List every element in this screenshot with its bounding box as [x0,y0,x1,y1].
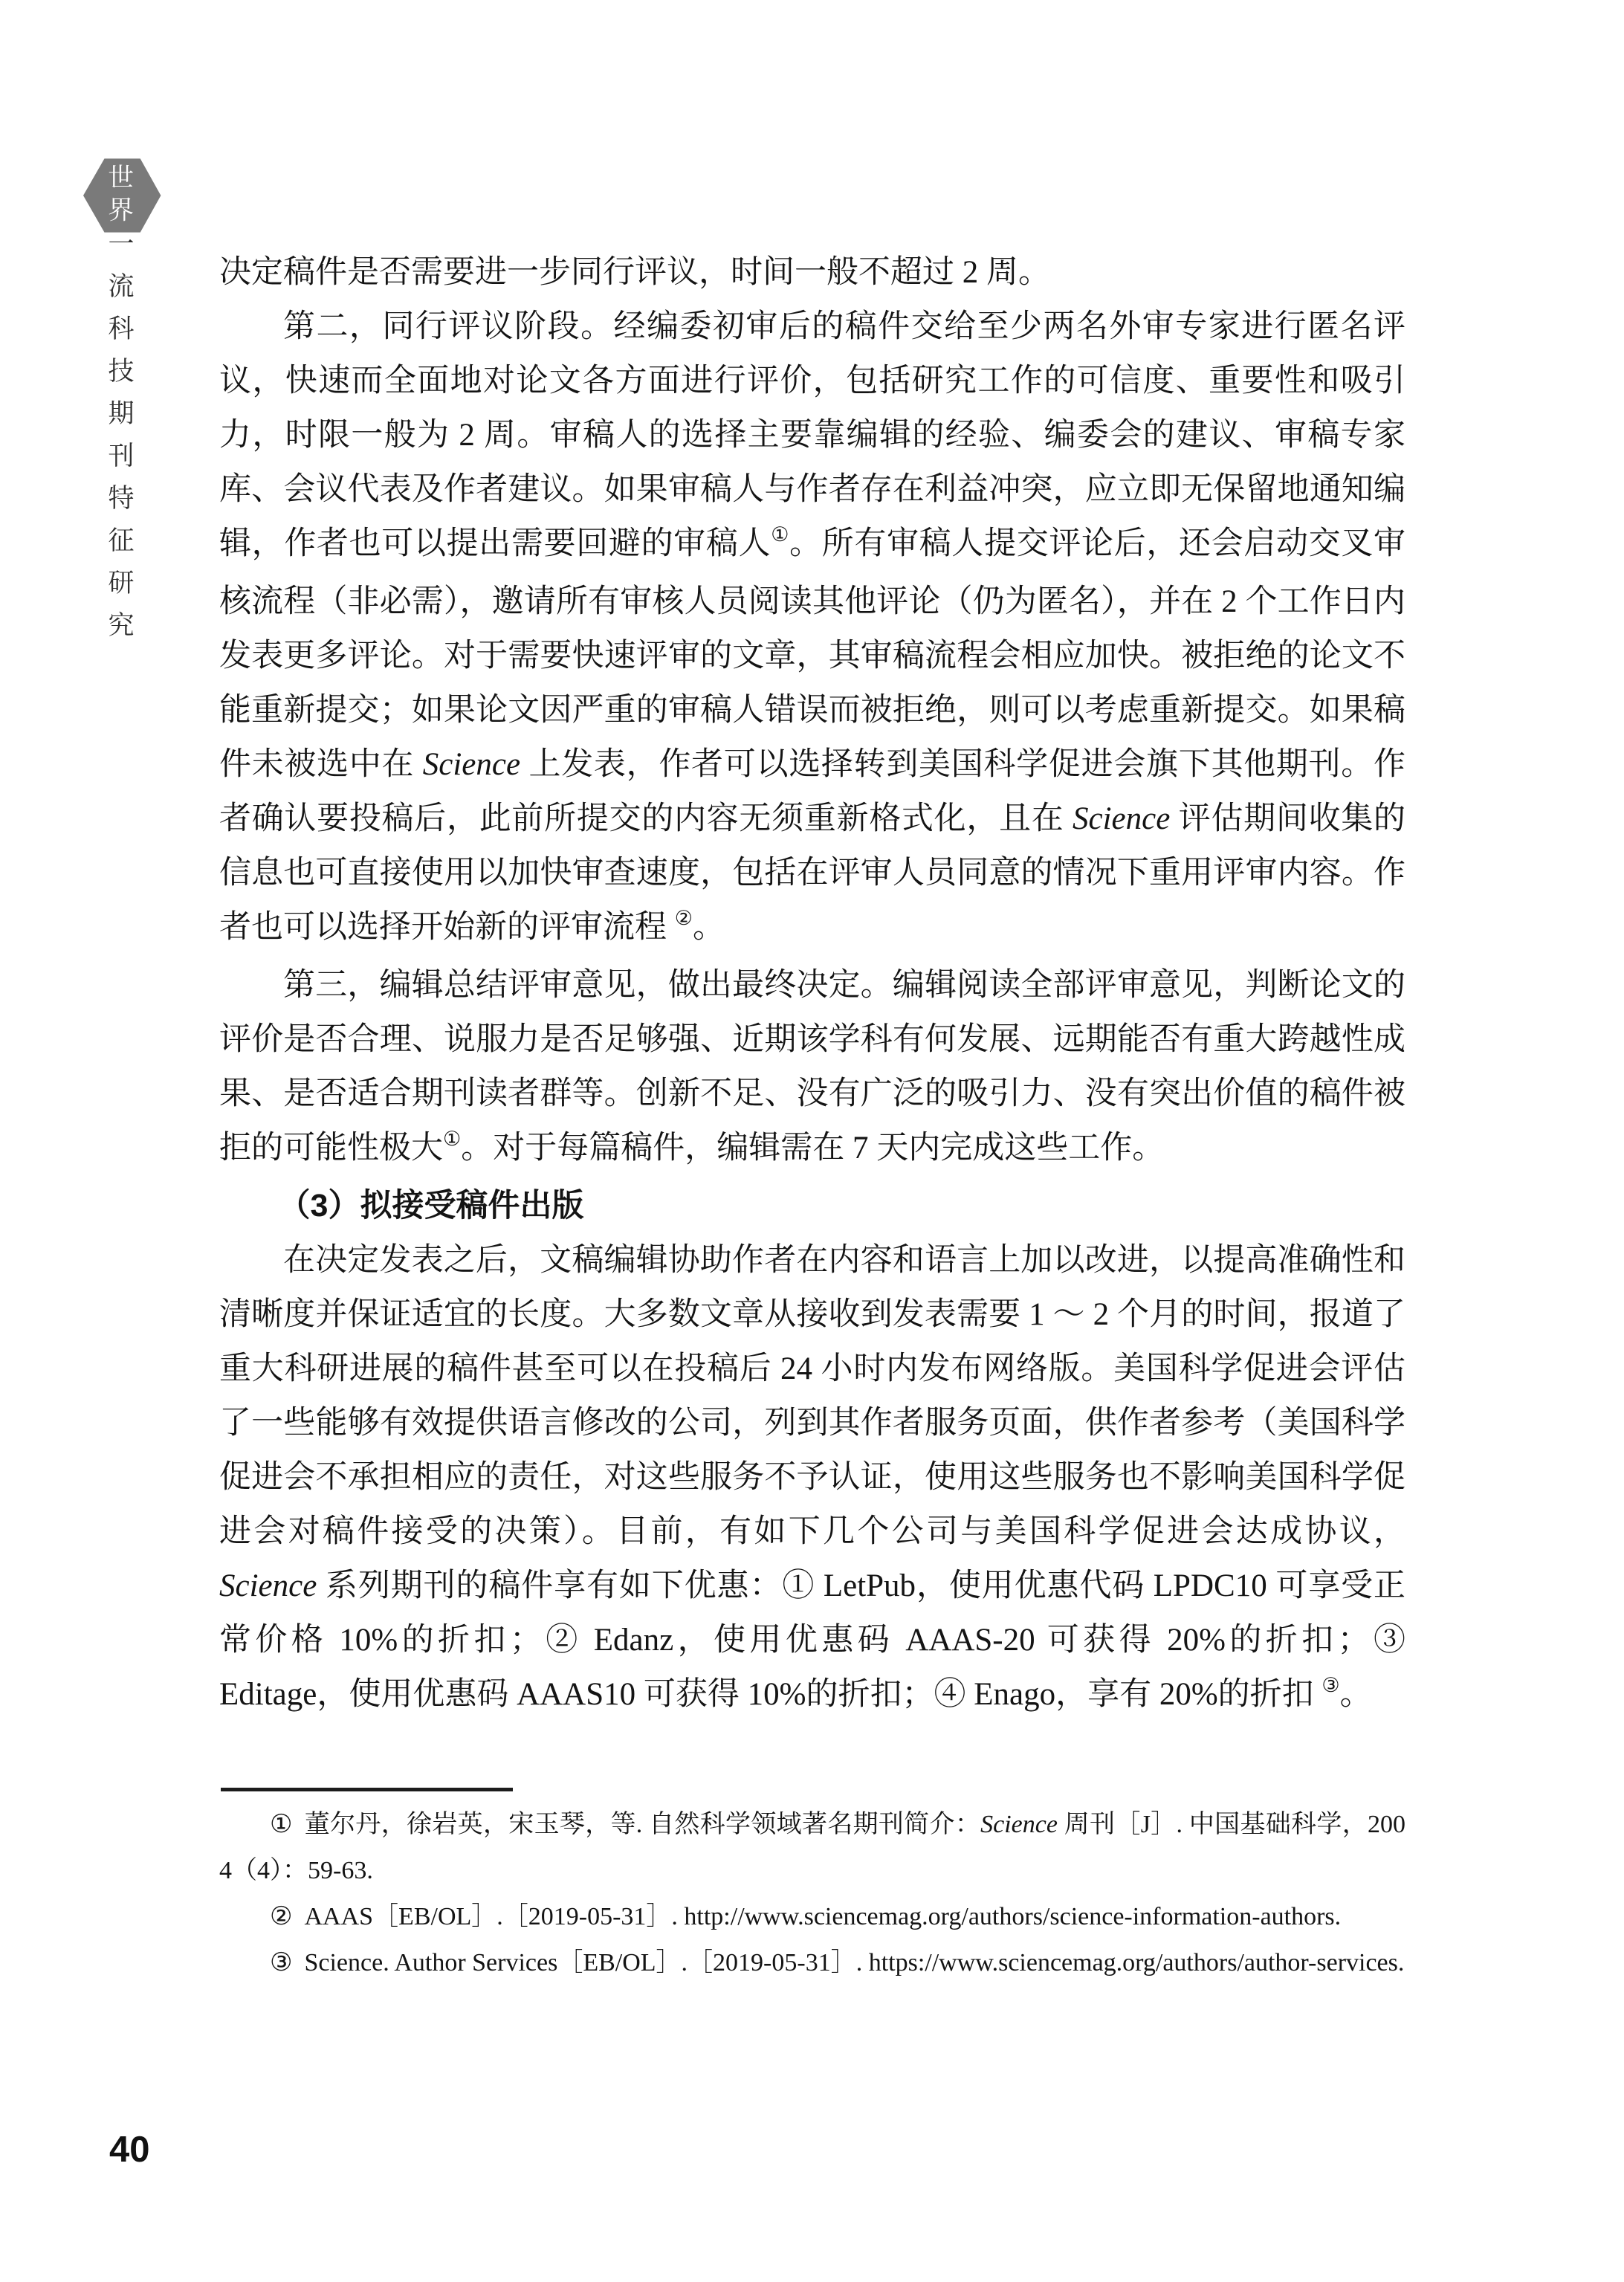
page-number: 40 [109,2130,150,2169]
badge-char-bottom: 界 [108,196,134,225]
series-title-vertical: 一 流 科 技 期 刊 特 征 研 究 [105,223,138,647]
para2-text-e: 。 [693,910,725,945]
paragraph-peer-review-stage: 第二，同行评议阶段。经编委初审后的稿件交给至少两名外审专家进行匿名评议，快速而全… [219,300,1405,958]
footnote-ref-3: ③ [1321,1674,1339,1696]
para1-text: 决定稿件是否需要进一步同行评议，时间一般不超过 2 周。 [219,255,1050,290]
series-char: 究 [108,604,134,647]
para2-text-b: 。所有审稿人提交评论后，还会启动交叉审核流程（非必需），邀请所有审核人员阅读其他… [219,526,1405,782]
series-char: 科 [108,308,134,350]
science-journal-name: Science [1073,801,1170,836]
section-heading: （3）拟接受稿件出版 [219,1179,1405,1233]
body-text: 决定稿件是否需要进一步同行评议，时间一般不超过 2 周。 第二，同行评议阶段。经… [219,245,1405,1986]
series-char: 研 [108,562,134,604]
para4-text-b: 系列期刊的稿件享有如下优惠：① LetPub，使用优惠代码 LPDC10 可享受… [219,1568,1405,1712]
footnote-2-text: AAAS［EB/OL］.［2019-05-31］. http://www.sci… [304,1903,1341,1930]
paragraph-accepted-publication: 在决定发表之后，文稿编辑协助作者在内容和语言上加以改进，以提高准确性和清晰度并保… [219,1233,1405,1725]
footnote-rule [221,1788,513,1791]
series-char: 技 [108,350,134,392]
series-char: 一 [108,223,134,265]
footnote-ref-1: ① [443,1128,461,1150]
footnote-marker: ① [270,1811,293,1838]
series-char: 流 [108,265,134,308]
footnotes: ①董尔丹，徐岩英，宋玉琴，等. 自然科学领域著名期刊简介：Science 周刊［… [219,1802,1405,1986]
paragraph-initial-review-end: 决定稿件是否需要进一步同行评议，时间一般不超过 2 周。 [219,245,1405,300]
footnote-3-text: Science. Author Services［EB/OL］.［2019-05… [304,1949,1404,1976]
series-char: 期 [108,392,134,435]
science-journal-name: Science [219,1568,317,1603]
footnote-2: ②AAAS［EB/OL］.［2019-05-31］. http://www.sc… [219,1894,1405,1940]
science-journal-name: Science [423,747,520,782]
series-char: 征 [108,520,134,562]
section-heading-text: （3）拟接受稿件出版 [279,1188,584,1224]
footnote-3: ③Science. Author Services［EB/OL］.［2019-0… [219,1940,1405,1986]
footnote-ref-1: ① [771,523,789,546]
footnote-1: ①董尔丹，徐岩英，宋玉琴，等. 自然科学领域著名期刊简介：Science 周刊［… [219,1802,1405,1894]
para4-text-c: 。 [1340,1677,1372,1712]
para4-text-a: 在决定发表之后，文稿编辑协助作者在内容和语言上加以改进，以提高准确性和清晰度并保… [219,1243,1405,1549]
badge-char-top: 世 [108,163,134,192]
book-page: 世 界 一 流 科 技 期 刊 特 征 研 究 决定稿件是否需要进一步同行评议，… [0,0,1624,2282]
footnote-marker: ② [270,1903,292,1930]
series-char: 特 [108,477,134,520]
science-journal-name: Science [980,1811,1058,1838]
paragraph-editor-decision: 第三，编辑总结评审意见，做出最终决定。编辑阅读全部评审意见，判断论文的评价是否合… [219,958,1405,1179]
footnote-marker: ③ [270,1949,292,1976]
series-char: 刊 [108,435,134,477]
footnote-1-text-a: 董尔丹，徐岩英，宋玉琴，等. 自然科学领域著名期刊简介： [305,1811,980,1838]
footnote-ref-2: ② [675,907,693,929]
para3-text-b: 。对于每篇稿件，编辑需在 7 天内完成这些工作。 [461,1131,1164,1166]
para2-text-a: 第二，同行评议阶段。经编委初审后的稿件交给至少两名外审专家进行匿名评议，快速而全… [219,309,1405,561]
